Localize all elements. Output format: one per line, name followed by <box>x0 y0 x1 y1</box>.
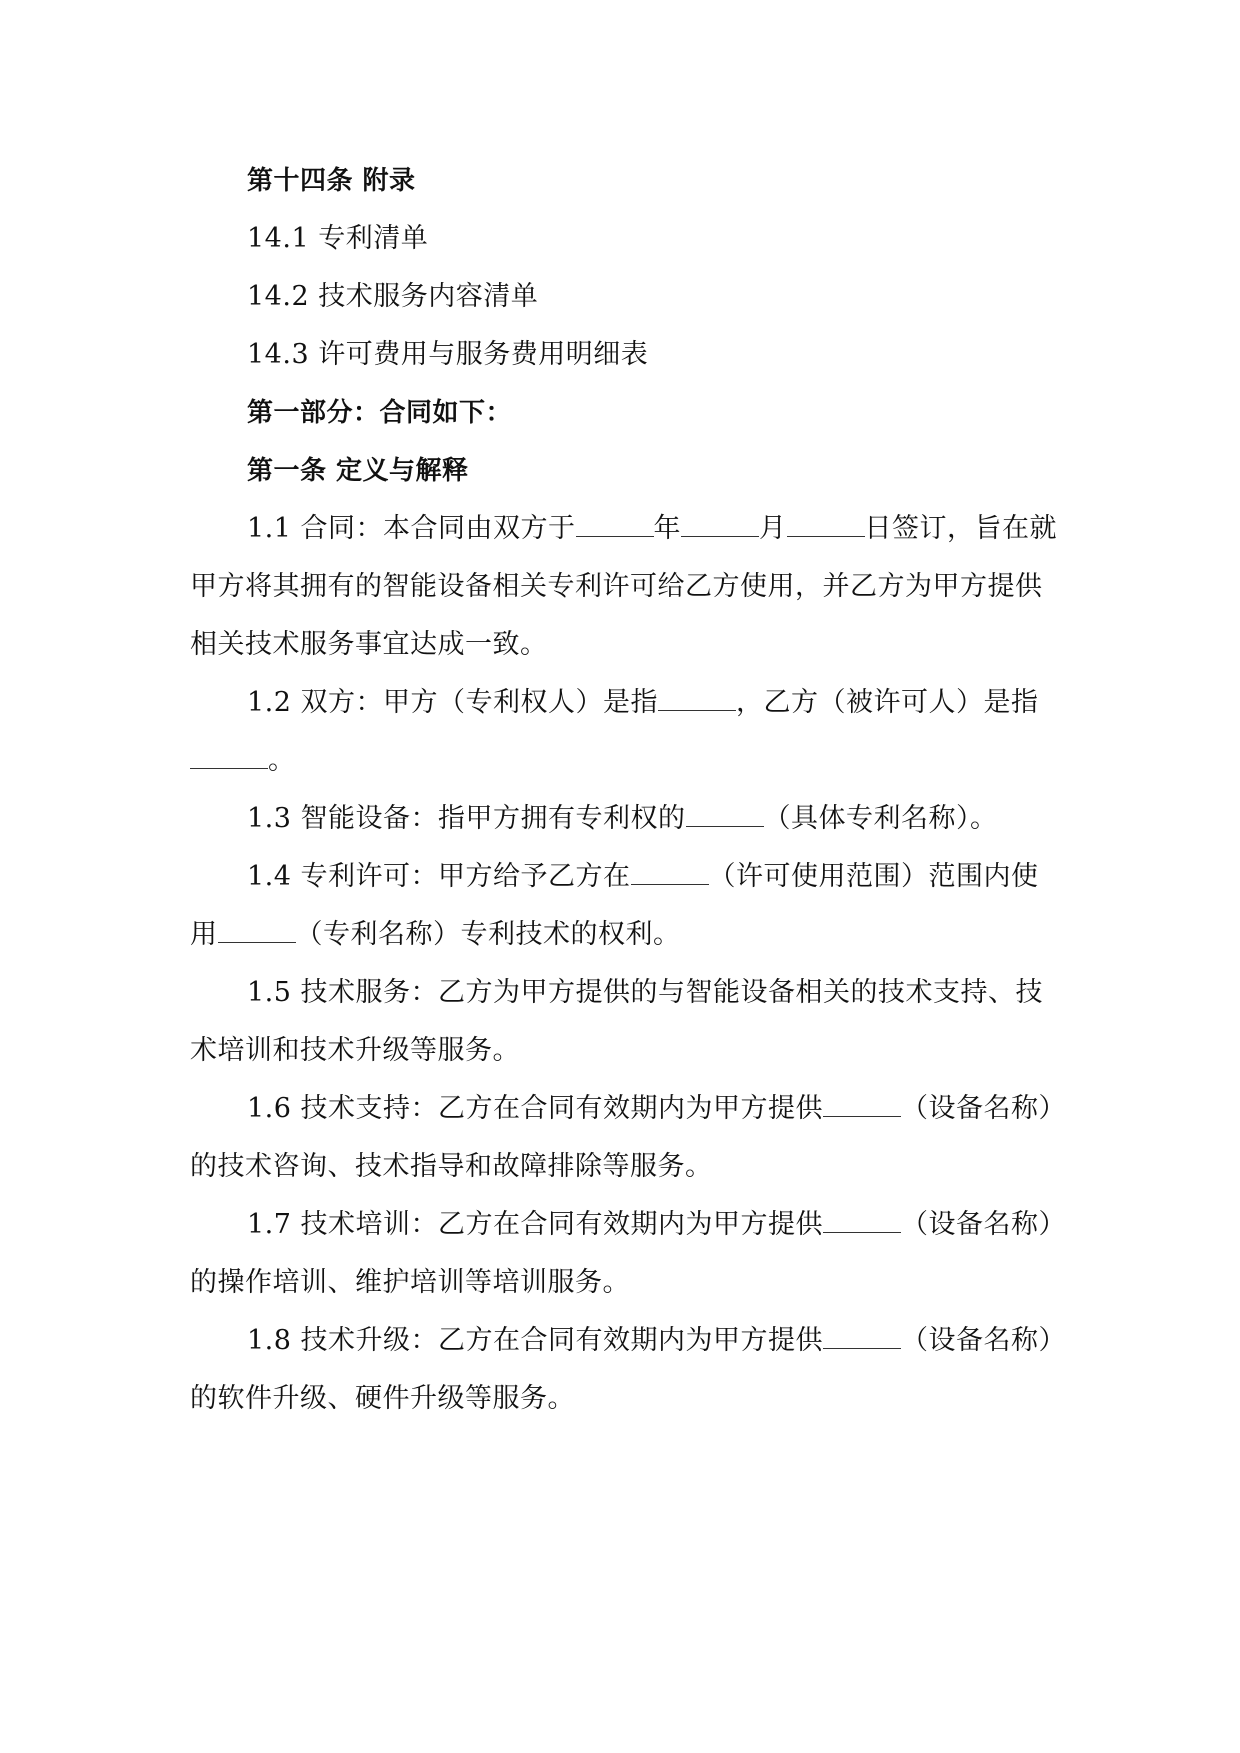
clause-1-4: 1.4 专利许可：甲方给予乙方在（许可使用范围）范围内使用（专利名称）专利技术的… <box>190 848 1060 964</box>
clause-text: （专利名称）专利技术的权利。 <box>296 919 681 950</box>
blank-party-a <box>658 688 736 711</box>
clause-text: （具体专利名称）。 <box>764 803 998 834</box>
clause-1-2: 1.2 双方：甲方（专利权人）是指，乙方（被许可人）是指。 <box>190 674 1060 790</box>
clause-text: 。 <box>268 745 296 776</box>
clause-text: 1.5 技术服务：乙方为甲方提供的与智能设备相关的技术支持、技术培训和技术升级等… <box>190 977 1043 1066</box>
appendix-item-14-1: 14.1 专利清单 <box>190 210 1060 268</box>
part-one-heading: 第一部分：合同如下： <box>190 384 1060 442</box>
clause-text: 1.6 技术支持：乙方在合同有效期内为甲方提供 <box>247 1093 823 1124</box>
blank-party-b <box>190 746 268 769</box>
clause-text: 1.3 智能设备：指甲方拥有专利权的 <box>247 803 686 834</box>
article-14-heading: 第十四条 附录 <box>190 152 1060 210</box>
blank-patent-name <box>686 804 764 827</box>
document-page: 第十四条 附录 14.1 专利清单 14.2 技术服务内容清单 14.3 许可费… <box>190 152 1060 1428</box>
blank-device-name <box>823 1326 901 1349</box>
clause-text: 1.7 技术培训：乙方在合同有效期内为甲方提供 <box>247 1209 823 1240</box>
clause-text: 1.1 合同：本合同由双方于 <box>247 513 576 544</box>
blank-license-scope <box>631 862 709 885</box>
clause-text: 月 <box>759 513 787 544</box>
blank-device-name <box>823 1094 901 1117</box>
blank-device-name <box>823 1210 901 1233</box>
clause-text: 年 <box>654 513 682 544</box>
blank-day <box>787 514 865 537</box>
blank-patent-name <box>218 920 296 943</box>
clause-text: 1.8 技术升级：乙方在合同有效期内为甲方提供 <box>247 1325 823 1356</box>
clause-1-3: 1.3 智能设备：指甲方拥有专利权的（具体专利名称）。 <box>190 790 1060 848</box>
clause-text: ，乙方（被许可人）是指 <box>736 687 1039 718</box>
appendix-item-14-3: 14.3 许可费用与服务费用明细表 <box>190 326 1060 384</box>
clause-1-5: 1.5 技术服务：乙方为甲方提供的与智能设备相关的技术支持、技术培训和技术升级等… <box>190 964 1060 1080</box>
article-1-heading: 第一条 定义与解释 <box>190 442 1060 500</box>
blank-month <box>681 514 759 537</box>
clause-1-1: 1.1 合同：本合同由双方于年月日签订，旨在就甲方将其拥有的智能设备相关专利许可… <box>190 500 1060 674</box>
clause-1-8: 1.8 技术升级：乙方在合同有效期内为甲方提供（设备名称）的软件升级、硬件升级等… <box>190 1312 1060 1428</box>
blank-year <box>576 514 654 537</box>
clause-text: 1.2 双方：甲方（专利权人）是指 <box>247 687 658 718</box>
clause-1-6: 1.6 技术支持：乙方在合同有效期内为甲方提供（设备名称）的技术咨询、技术指导和… <box>190 1080 1060 1196</box>
clause-text: 1.4 专利许可：甲方给予乙方在 <box>247 861 631 892</box>
clause-1-7: 1.7 技术培训：乙方在合同有效期内为甲方提供（设备名称）的操作培训、维护培训等… <box>190 1196 1060 1312</box>
appendix-item-14-2: 14.2 技术服务内容清单 <box>190 268 1060 326</box>
